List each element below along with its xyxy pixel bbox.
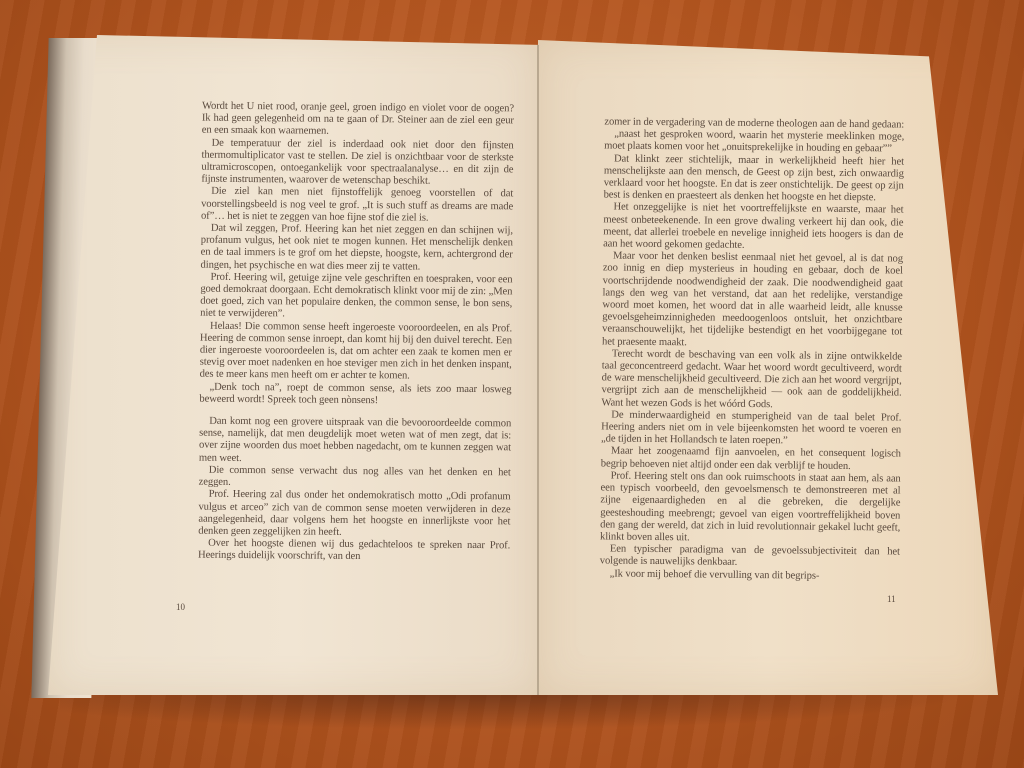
paragraph: De temperatuur der ziel is inderdaad ook… (201, 137, 513, 189)
paragraph: „naast het gesproken woord, waarin het m… (604, 129, 904, 157)
paragraph: Maar het zoogenaamd fijn aanvoelen, en h… (601, 446, 901, 474)
book-spine (537, 45, 539, 695)
paragraph: Prof. Heering wil, getuige zijne vele ge… (200, 271, 512, 323)
page-number-right: 11 (887, 594, 896, 604)
paragraph: Prof. Heering zal dus onder het ondemokr… (198, 489, 510, 541)
left-page-text: Wordt het U niet rood, oranje geel, groe… (198, 101, 514, 565)
paragraph: Terecht wordt de beschaving van een volk… (601, 348, 902, 412)
paragraph: Het onzeggelijke is niet het voortreffel… (603, 202, 903, 254)
paragraph: Die ziel kan men niet fijnstoffelijk gen… (201, 186, 513, 225)
paragraph: Dan komt nog een grovere uitspraak van d… (199, 416, 511, 468)
paragraph: „Denk toch na”, roept de common sense, a… (199, 381, 511, 408)
paragraph: Een typischer paradigma van de gevoelssu… (600, 544, 900, 572)
page-number-left: 10 (176, 602, 185, 612)
paragraph: Prof. Heering stelt ons dan ook ruimscho… (600, 470, 901, 546)
paragraph: Die common sense verwacht dus nog alles … (199, 465, 511, 492)
paragraph: Maar voor het denken beslist eenmaal nie… (602, 251, 903, 352)
paragraph: Wordt het U niet rood, oranje geel, groe… (202, 101, 514, 140)
paragraph: Helaas! Die common sense heeft ingeroest… (200, 320, 513, 384)
paragraph: De minderwaardigheid en stumperigheid va… (601, 409, 901, 449)
paragraph: Over het hoogste dienen wij dus gedachte… (198, 538, 510, 565)
right-page-text: zomer in de vergadering van de moderne t… (600, 116, 905, 583)
paragraph: Dat wil zeggen, Prof. Heering kan het ni… (201, 223, 513, 275)
paragraph: Dat klinkt zeer stichtelijk, maar in wer… (604, 153, 904, 205)
